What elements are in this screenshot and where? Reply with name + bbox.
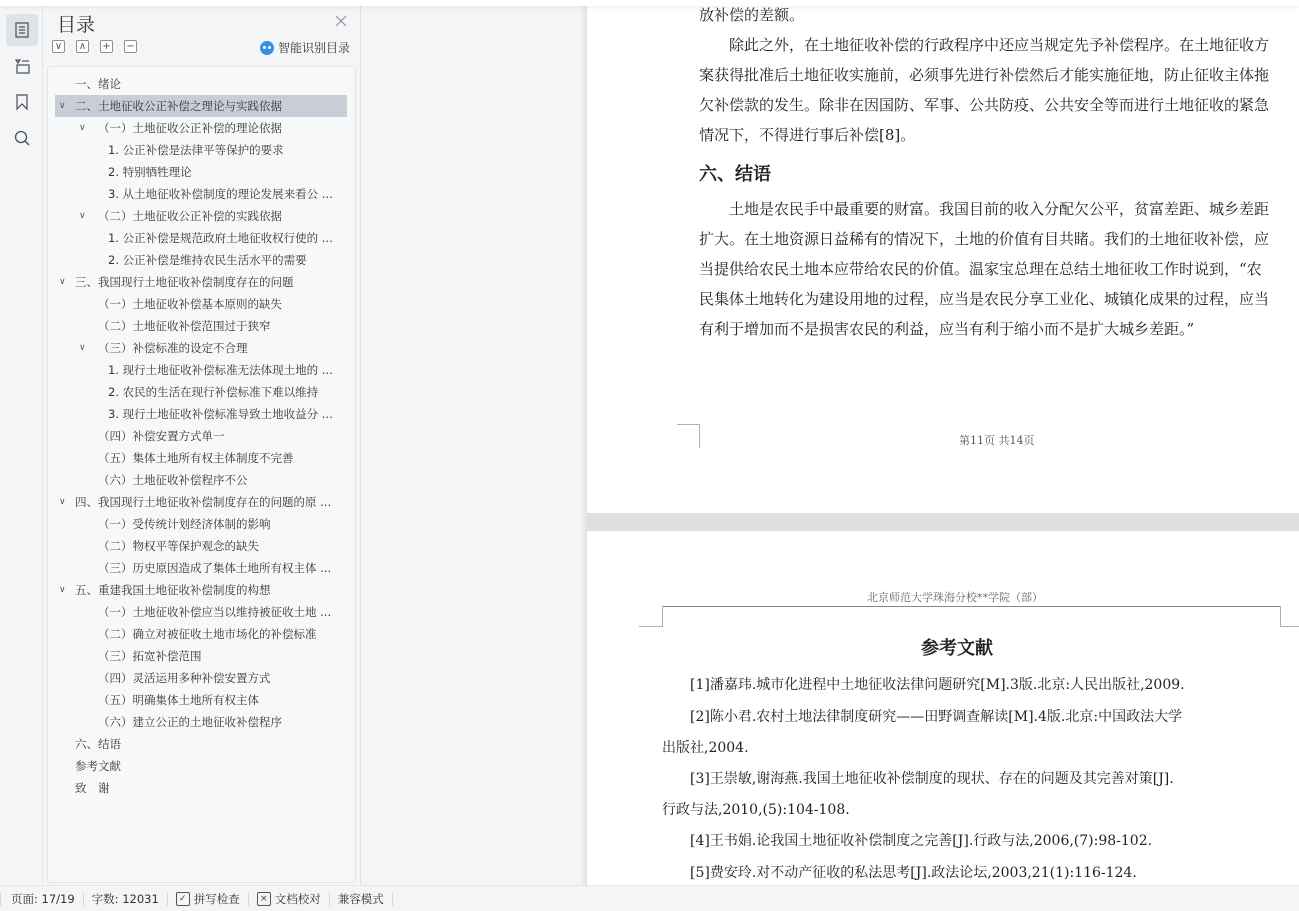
navigation-rail-button[interactable] [6, 50, 38, 82]
spell-check-label: 拼写检查 [194, 891, 240, 907]
document-canvas[interactable]: 放补偿的差额。 除此之外，在土地征收补偿的行政程序中还应当规定先予补偿程序。在土… [362, 6, 1299, 885]
toc-item-label: （五）集体土地所有权主体制度不完善 [98, 451, 294, 465]
toc-rail-button[interactable] [6, 14, 38, 46]
toc-item-label: （四）灵活运用多种补偿安置方式 [98, 671, 271, 685]
toc-item-label: （六）建立公正的土地征收补偿程序 [98, 715, 282, 729]
toc-list: 一、绪论∨二、土地征收公正补偿之理论与实践依据∨（一）土地征收公正补偿的理论依据… [47, 66, 356, 883]
toc-item[interactable]: （二）确立对被征收土地市场化的补偿标准 [48, 623, 355, 645]
body-line: 情况下，不得进行事后补偿[8]。 [699, 124, 915, 145]
spell-check-icon: ✓ [176, 892, 190, 906]
margin-corner-mark [1280, 606, 1299, 627]
toc-item[interactable]: 一、绪论 [48, 73, 355, 95]
side-icon-rail [0, 6, 43, 885]
chevron-down-icon[interactable]: ∨ [59, 271, 71, 293]
status-bar: 页面: 17/19 字数: 12031 ✓ 拼写检查 × 文档校对 兼容模式 [0, 885, 1299, 911]
proofread-button[interactable]: × 文档校对 [249, 892, 330, 906]
add-heading-button[interactable]: + [100, 40, 113, 53]
toc-item-label: 六、结语 [75, 737, 121, 751]
reference-line: [2]陈小君.农村土地法律制度研究——田野调查解读[M].4版.北京:中国政法大… [662, 706, 1182, 726]
toc-item[interactable]: 1. 现行土地征收补偿标准无法体现土地的 ... [48, 359, 355, 381]
toc-title: 目录 [57, 10, 95, 37]
search-rail-button[interactable] [6, 122, 38, 154]
reference-line: [4]王书娟.论我国土地征收补偿制度之完善[J].行政与法,2006,(7):9… [662, 830, 1152, 850]
section-heading: 六、结语 [699, 160, 771, 186]
toc-item-label: 2. 农民的生活在现行补偿标准下难以维持 [108, 385, 318, 399]
toc-item-label: 参考文献 [75, 759, 121, 773]
toc-item-label: 3. 现行土地征收补偿标准导致土地收益分 ... [108, 407, 333, 421]
toc-item-label: （一）受传统计划经济体制的影响 [98, 517, 271, 531]
page-indicator[interactable]: 页面: 17/19 [0, 892, 84, 906]
toc-item-label: （一）土地征收补偿应当以维持被征收土地 ... [98, 605, 331, 619]
body-line: 欠补偿款的发生。除非在因国防、军事、公共防疫、公共安全等而进行土地征收的紧急 [699, 94, 1269, 115]
reference-line: [1]潘嘉玮.城市化进程中土地征收法律问题研究[M].3版.北京:人民出版社,2… [662, 674, 1185, 694]
toc-item[interactable]: （六）土地征收补偿程序不公 [48, 469, 355, 491]
bookmark-icon [13, 93, 31, 111]
toc-item-label: 1. 现行土地征收补偿标准无法体现土地的 ... [108, 363, 333, 377]
toc-item-label: （二）物权平等保护观念的缺失 [98, 539, 259, 553]
toc-item-label: （二）确立对被征收土地市场化的补偿标准 [98, 627, 317, 641]
toc-item[interactable]: （一）受传统计划经济体制的影响 [48, 513, 355, 535]
toc-item[interactable]: （四）灵活运用多种补偿安置方式 [48, 667, 355, 689]
toc-item-label: （一）土地征收公正补偿的理论依据 [98, 121, 282, 135]
toc-item[interactable]: （四）补偿安置方式单一 [48, 425, 355, 447]
toc-item[interactable]: （六）建立公正的土地征收补偿程序 [48, 711, 355, 733]
toc-item[interactable]: ∨（二）土地征收公正补偿的实践依据 [48, 205, 355, 227]
proofread-label: 文档校对 [275, 891, 321, 907]
toc-item-label: （五）明确集体土地所有权主体 [98, 693, 259, 707]
chevron-down-icon[interactable]: ∨ [79, 205, 91, 227]
close-icon[interactable] [334, 14, 348, 28]
toc-item[interactable]: 3. 从土地征收补偿制度的理论发展来看公 ... [48, 183, 355, 205]
toc-item-label: 五、重建我国土地征收补偿制度的构想 [75, 583, 271, 597]
smart-recognize-toc-button[interactable]: 智能识别目录 [260, 39, 350, 56]
toc-item[interactable]: （二）土地征收补偿范围过于狭窄 [48, 315, 355, 337]
toolbar-edge [0, 0, 1299, 6]
toc-item[interactable]: 六、结语 [48, 733, 355, 755]
toc-item[interactable]: ∨三、我国现行土地征收补偿制度存在的问题 [48, 271, 355, 293]
toc-list-icon [13, 21, 31, 39]
bookmark-rail-button[interactable] [6, 86, 38, 118]
document-page-12[interactable]: 北京师范大学珠海分校**学院（部） 参考文献 [1]潘嘉玮.城市化进程中土地征收… [587, 531, 1299, 885]
toc-item-label: （三）历史原因造成了集体土地所有权主体 ... [98, 561, 331, 575]
margin-corner-mark [639, 606, 663, 627]
toc-item-label: （六）土地征收补偿程序不公 [98, 473, 248, 487]
search-icon [13, 129, 31, 147]
smart-recognize-label: 智能识别目录 [278, 39, 350, 56]
body-line: 扩大。在土地资源日益稀有的情况下，土地的价值有目共睹。我们的土地征收补偿，应 [699, 228, 1269, 249]
toc-item-label: 致 谢 [75, 781, 110, 795]
page-header-text: 北京师范大学珠海分校**学院（部） [867, 589, 1043, 605]
body-line: 案获得批准后土地征收实施前，必须事先进行补偿然后才能实施征地，防止征收主体拖 [699, 64, 1269, 85]
toc-item[interactable]: ∨五、重建我国土地征收补偿制度的构想 [48, 579, 355, 601]
toc-item-label: （四）补偿安置方式单一 [98, 429, 225, 443]
toc-item[interactable]: 3. 现行土地征收补偿标准导致土地收益分 ... [48, 403, 355, 425]
toc-item-label: （一）土地征收补偿基本原则的缺失 [98, 297, 282, 311]
chevron-down-icon[interactable]: ∨ [59, 491, 71, 513]
body-line: 当提供给农民土地本应带给农民的价值。温家宝总理在总结土地征收工作时说到，“农 [699, 258, 1262, 279]
expand-all-button[interactable]: ∧ [76, 40, 89, 53]
word-processor-window: 目录 ∨ ∧ + − 智能识别目录 一、绪论∨二、土地征收公正补偿之理论与实践依… [0, 0, 1299, 911]
spell-check-button[interactable]: ✓ 拼写检查 [168, 892, 249, 906]
body-line: 土地是农民手中最重要的财富。我国目前的收入分配欠公平，贫富差距、城乡差距 [699, 198, 1269, 219]
reference-line: [5]费安玲.对不动产征收的私法思考[J].政法论坛,2003,21(1):11… [662, 862, 1137, 882]
toc-item[interactable]: （五）集体土地所有权主体制度不完善 [48, 447, 355, 469]
toc-item[interactable]: 2. 公正补偿是维持农民生活水平的需要 [48, 249, 355, 271]
margin-corner-mark [677, 424, 700, 448]
toc-item-label: （二）土地征收补偿范围过于狭窄 [98, 319, 271, 333]
toc-toolbar: ∨ ∧ + − [52, 40, 137, 53]
toc-item-label: 3. 从土地征收补偿制度的理论发展来看公 ... [108, 187, 333, 201]
toc-item[interactable]: 1. 公正补偿是规范政府土地征收权行使的 ... [48, 227, 355, 249]
toc-item[interactable]: ∨四、我国现行土地征收补偿制度存在的问题的原 ... [48, 491, 355, 513]
body-line: 有利于增加而不是损害农民的利益，应当有利于缩小而不是扩大城乡差距。” [699, 318, 1194, 339]
toc-item-label: 2. 特别牺牲理论 [108, 165, 192, 179]
toc-panel: 目录 ∨ ∧ + − 智能识别目录 一、绪论∨二、土地征收公正补偿之理论与实践依… [44, 6, 361, 885]
body-line: 放补偿的差额。 [699, 6, 804, 25]
references-title: 参考文献 [921, 634, 993, 660]
chevron-down-icon[interactable]: ∨ [59, 579, 71, 601]
toc-item[interactable]: （一）土地征收补偿应当以维持被征收土地 ... [48, 601, 355, 623]
toc-item-label: （三）拓宽补偿范围 [98, 649, 202, 663]
toc-item[interactable]: 2. 特别牺牲理论 [48, 161, 355, 183]
toc-item-label: 2. 公正补偿是维持农民生活水平的需要 [108, 253, 307, 267]
toc-item[interactable]: （三）拓宽补偿范围 [48, 645, 355, 667]
collapse-all-button[interactable]: ∨ [52, 40, 65, 53]
chevron-down-icon[interactable]: ∨ [79, 117, 91, 139]
ai-assistant-icon [260, 41, 274, 55]
toc-item[interactable]: ∨（一）土地征收公正补偿的理论依据 [48, 117, 355, 139]
word-count[interactable]: 字数: 12031 [84, 892, 168, 906]
page-footer: 第11页 共14页 [959, 432, 1035, 448]
reference-line: [3]王崇敏,谢海燕.我国土地征收补偿制度的现状、存在的问题及其完善对策[J]. [662, 768, 1174, 788]
toc-item-label: （二）土地征收公正补偿的实践依据 [98, 209, 282, 223]
toc-item-label: 二、土地征收公正补偿之理论与实践依据 [75, 99, 282, 113]
toc-item[interactable]: （五）明确集体土地所有权主体 [48, 689, 355, 711]
compatibility-mode: 兼容模式 [330, 892, 393, 906]
toc-item-label: 四、我国现行土地征收补偿制度存在的问题的原 ... [75, 495, 331, 509]
toc-item[interactable]: ∨（三）补偿标准的设定不合理 [48, 337, 355, 359]
toc-item[interactable]: 2. 农民的生活在现行补偿标准下难以维持 [48, 381, 355, 403]
toc-item[interactable]: 1. 公正补偿是法律平等保护的要求 [48, 139, 355, 161]
body-line: 民集体土地转化为建设用地的过程，应当是农民分享工业化、城镇化成果的过程，应当 [699, 288, 1269, 309]
toc-item[interactable]: （一）土地征收补偿基本原则的缺失 [48, 293, 355, 315]
toc-item[interactable]: 参考文献 [48, 755, 355, 777]
toc-item-label: 1. 公正补偿是规范政府土地征收权行使的 ... [108, 231, 333, 245]
toc-item-label: 三、我国现行土地征收补偿制度存在的问题 [75, 275, 294, 289]
reference-line: 行政与法,2010,(5):104-108. [662, 799, 850, 819]
navigation-pane-icon [13, 57, 31, 75]
toc-item[interactable]: （二）物权平等保护观念的缺失 [48, 535, 355, 557]
toc-item[interactable]: 致 谢 [48, 777, 355, 799]
toc-item[interactable]: ∨二、土地征收公正补偿之理论与实践依据 [55, 95, 347, 117]
toc-item-label: （三）补偿标准的设定不合理 [98, 341, 248, 355]
toc-item-label: 一、绪论 [75, 77, 121, 91]
toc-item-label: 1. 公正补偿是法律平等保护的要求 [108, 143, 284, 157]
remove-heading-button[interactable]: − [124, 40, 137, 53]
chevron-down-icon[interactable]: ∨ [59, 95, 71, 117]
header-rule [663, 606, 1280, 607]
page-shadow [580, 6, 587, 885]
reference-line: 出版社,2004. [662, 737, 749, 757]
page-separator [587, 513, 1299, 531]
chevron-down-icon[interactable]: ∨ [79, 337, 91, 359]
body-line: 除此之外，在土地征收补偿的行政程序中还应当规定先予补偿程序。在土地征收方 [699, 34, 1269, 55]
proofread-icon: × [257, 892, 271, 906]
document-page-11[interactable]: 放补偿的差额。 除此之外，在土地征收补偿的行政程序中还应当规定先予补偿程序。在土… [587, 6, 1299, 513]
toc-item[interactable]: （三）历史原因造成了集体土地所有权主体 ... [48, 557, 355, 579]
